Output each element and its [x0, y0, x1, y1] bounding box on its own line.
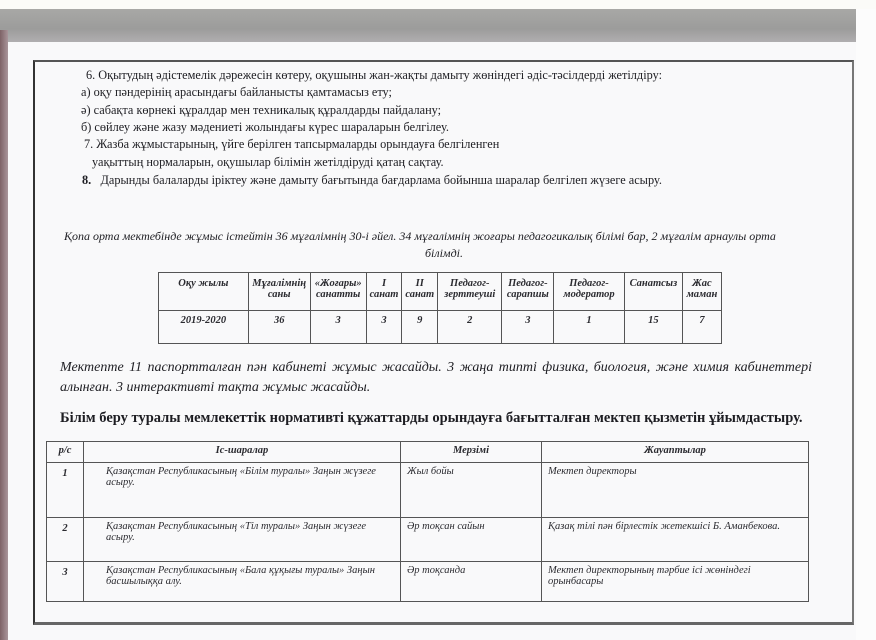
cabinet-paragraph: Мектепте 11 паспортталған пән кабинеті ж…: [60, 358, 812, 398]
scan-shadow-band: [0, 9, 856, 44]
plan-row-responsible: Мектеп директорының тәрбие ісі жөніндегі…: [542, 562, 809, 602]
staff-table-header: Оқу жылы Мұғалімнің саны «Жоғары» санатт…: [159, 273, 722, 311]
plan-row-activity: Қазақстан Республикасының «Білім туралы»…: [84, 463, 401, 518]
plan-table-row: 2 Қазақстан Республикасының «Тіл туралы»…: [47, 518, 809, 562]
list-item-6a: а) оқу пәндерінің арасындағы байланысты …: [81, 85, 392, 100]
list-item-6: 6. Оқытудың әдістемелік дәрежесін көтеру…: [86, 68, 662, 83]
plan-row-activity: Қазақстан Республикасының «Бала құқығы т…: [84, 562, 401, 602]
plan-row-number: 2: [47, 518, 84, 562]
scan-left-edge: [0, 30, 8, 640]
plan-row-number: 1: [47, 463, 84, 518]
plan-row-deadline: Әр тоқсан сайын: [401, 518, 542, 562]
plan-table: р/с Іс-шаралар Мерзімі Жауаптылар 1 Қаза…: [46, 441, 809, 602]
plan-row-responsible: Қазақ тілі пән бірлестік жетекшісі Б. Ам…: [542, 518, 809, 562]
staff-header-cell: Педагог-сарапшы: [502, 273, 554, 311]
plan-row-responsible: Мектеп директоры: [542, 463, 809, 518]
plan-table-row: 3 Қазақстан Республикасының «Бала құқығы…: [47, 562, 809, 602]
staff-header-cell: «Жоғары» санатты: [310, 273, 366, 311]
list-item-8-text: Дарынды балаларды іріктеу және дамыту ба…: [100, 173, 661, 187]
staff-header-cell: Мұғалімнің саны: [248, 273, 310, 311]
plan-table-header: р/с Іс-шаралар Мерзімі Жауаптылар: [47, 442, 809, 463]
staff-header-cell: II санат: [402, 273, 438, 311]
plan-row-deadline: Әр тоқсанда: [401, 562, 542, 602]
staff-header-cell: Педагог-зерттеуші: [438, 273, 502, 311]
plan-row-number: 3: [47, 562, 84, 602]
staff-cell: 1: [554, 311, 625, 344]
scan-right-margin: [856, 9, 876, 640]
staff-cell: 36: [248, 311, 310, 344]
plan-row-deadline: Жыл бойы: [401, 463, 542, 518]
staff-cell: 2: [438, 311, 502, 344]
plan-header-deadline: Мерзімі: [401, 442, 542, 463]
staff-paragraph-line2: білімді.: [64, 245, 824, 262]
list-item-8-number: 8.: [82, 173, 91, 187]
plan-row-activity: Қазақстан Республикасының «Тіл туралы» З…: [84, 518, 401, 562]
staff-table-row: 2019-2020 36 3 3 9 2 3 1 15 7: [159, 311, 722, 344]
staff-header-cell: I санат: [366, 273, 402, 311]
plan-header-number: р/с: [47, 442, 84, 463]
list-item-6c: б) сөйлеу және жазу мәдениеті жолындағы …: [81, 120, 449, 135]
staff-header-cell: Оқу жылы: [159, 273, 249, 311]
staff-header-cell: Жас маман: [682, 273, 721, 311]
section-heading: Білім беру туралы мемлекеттік нормативті…: [60, 410, 803, 427]
staff-paragraph-line1: Қопа орта мектебінде жұмыс істейтін 36 м…: [64, 228, 824, 245]
scan-top-margin: [0, 0, 876, 9]
list-item-6b: ә) сабақта көрнекі құралдар мен техникал…: [81, 103, 441, 118]
list-item-7-continued: уақыттың нормаларын, оқушылар білімін же…: [92, 155, 444, 170]
list-item-8: 8. Дарынды балаларды іріктеу және дамыту…: [82, 173, 662, 188]
plan-header-responsible: Жауаптылар: [542, 442, 809, 463]
list-item-7: 7. Жазба жұмыстарының, үйге берілген тап…: [84, 137, 499, 152]
staff-cell: 3: [502, 311, 554, 344]
staff-cell: 2019-2020: [159, 311, 249, 344]
staff-cell: 3: [310, 311, 366, 344]
staff-table: Оқу жылы Мұғалімнің саны «Жоғары» санатт…: [158, 272, 722, 344]
plan-header-activity: Іс-шаралар: [84, 442, 401, 463]
staff-cell: 3: [366, 311, 402, 344]
staff-cell: 9: [402, 311, 438, 344]
staff-header-cell: Педагог-модератор: [554, 273, 625, 311]
staff-cell: 15: [624, 311, 682, 344]
staff-header-cell: Санатсыз: [624, 273, 682, 311]
staff-cell: 7: [682, 311, 721, 344]
plan-table-row: 1 Қазақстан Республикасының «Білім турал…: [47, 463, 809, 518]
staff-paragraph: Қопа орта мектебінде жұмыс істейтін 36 м…: [64, 228, 824, 262]
